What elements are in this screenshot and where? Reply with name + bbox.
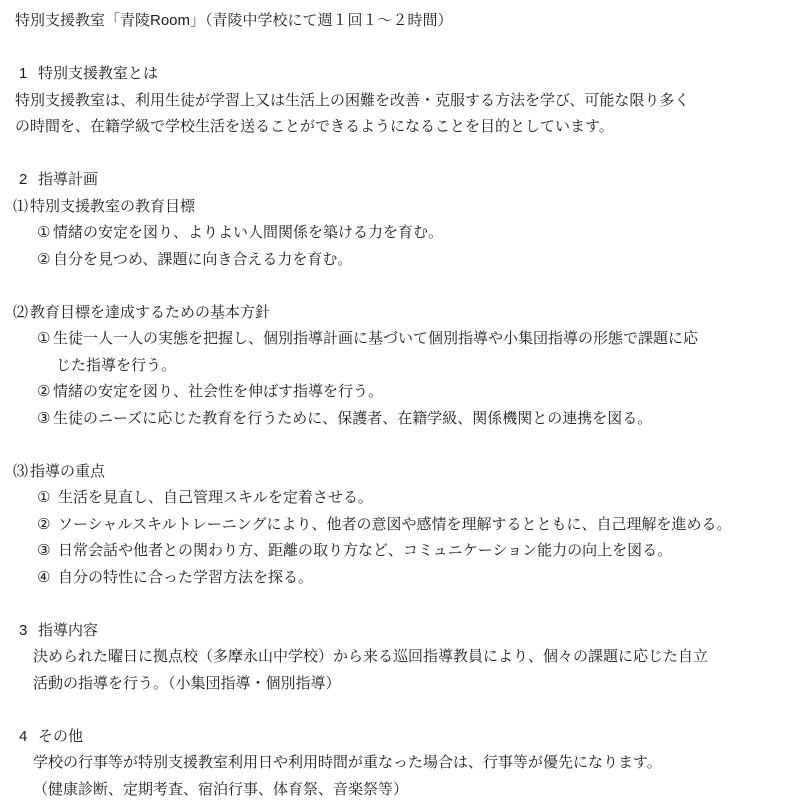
subsection-1-title: 特別支援教室の教育目標 [30, 198, 195, 215]
section-4-paragraph-line-1: 学校の行事等が特別支援教室利用日や利用時間が重なった場合は、行事等が優先になりま… [0, 750, 789, 777]
item-number: ② [37, 247, 53, 274]
subsection-1-heading: ⑴特別支援教室の教育目標 [0, 194, 789, 221]
item-number: ② [37, 512, 58, 539]
list-item: ②自分を見つめ、課題に向き合える力を育む。 [0, 247, 789, 274]
section-3-paragraph-line-2: 活動の指導を行う。（小集団指導・個別指導） [0, 671, 789, 698]
doc-title: 特別支援教室「青陵Room」（青陵中学校にて週１回１～２時間） [0, 8, 789, 35]
section-1-title: 特別支援教室とは [38, 65, 158, 82]
item-text: 情緒の安定を図り、よりよい人間関係を築ける力を育む。 [53, 224, 443, 241]
section-3-paragraph-line-1: 決められた曜日に拠点校（多摩永山中学校）から来る巡回指導教員により、個々の課題に… [0, 644, 789, 671]
item-text: ソーシャルスキルトレーニングにより、他者の意図や感情を理解するとともに、自己理解… [58, 516, 732, 533]
item-number: ① [37, 220, 53, 247]
subsection-2-number: ⑵ [13, 300, 30, 327]
section-1-paragraph-line-2: の時間を、在籍学級で学校生活を送ることができるようになることを目的としています。 [0, 114, 789, 141]
list-item: ③日常会話や他者との関わり方、距離の取り方など、コミュニケーション能力の向上を図… [0, 538, 789, 565]
item-text: 自分を見つめ、課題に向き合える力を育む。 [53, 251, 352, 268]
list-item: ①生活を見直し、自己管理スキルを定着させる。 [0, 485, 789, 512]
section-3-number: 3 [19, 618, 38, 645]
section-4-title: その他 [38, 728, 83, 745]
list-item: ②ソーシャルスキルトレーニングにより、他者の意図や感情を理解するとともに、自己理… [0, 512, 789, 539]
list-item: ②情緒の安定を図り、社会性を伸ばす指導を行う。 [0, 379, 789, 406]
section-1-heading: 1特別支援教室とは [0, 61, 789, 88]
item-number: ④ [37, 565, 58, 592]
section-2-heading: 2指導計画 [0, 167, 789, 194]
section-3-title: 指導内容 [38, 622, 98, 639]
list-item: ①情緒の安定を図り、よりよい人間関係を築ける力を育む。 [0, 220, 789, 247]
section-2-number: 2 [19, 167, 38, 194]
item-text: 自分の特性に合った学習方法を探る。 [58, 569, 313, 586]
item-number: ③ [37, 538, 58, 565]
section-4-heading: 4その他 [0, 724, 789, 751]
subsection-3-title: 指導の重点 [30, 463, 105, 480]
spacer [0, 35, 789, 62]
spacer [0, 591, 789, 618]
item-text-continuation: じた指導を行う。 [0, 353, 789, 380]
item-number: ③ [37, 406, 53, 433]
item-number: ① [37, 326, 53, 353]
subsection-1-number: ⑴ [13, 194, 30, 221]
subsection-2-heading: ⑵教育目標を達成するための基本方針 [0, 300, 789, 327]
spacer [0, 697, 789, 724]
list-item: ①生徒一人一人の実態を把握し、個別指導計画に基づいて個別指導や小集団指導の形態で… [0, 326, 789, 353]
document-page: 特別支援教室「青陵Room」（青陵中学校にて週１回１～２時間） 1特別支援教室と… [0, 0, 789, 800]
section-1-number: 1 [19, 61, 38, 88]
section-2-title: 指導計画 [38, 171, 98, 188]
spacer [0, 273, 789, 300]
item-text: 生徒のニーズに応じた教育を行うために、保護者、在籍学級、関係機関との連携を図る。 [53, 410, 652, 427]
section-1-paragraph-line-1: 特別支援教室は、利用生徒が学習上又は生活上の困難を改善・克服する方法を学び、可能… [0, 88, 789, 115]
section-3-heading: 3指導内容 [0, 618, 789, 645]
item-text: 生徒一人一人の実態を把握し、個別指導計画に基づいて個別指導や小集団指導の形態で課… [53, 330, 698, 347]
subsection-3-heading: ⑶指導の重点 [0, 459, 789, 486]
list-item: ④自分の特性に合った学習方法を探る。 [0, 565, 789, 592]
spacer [0, 141, 789, 168]
item-number: ① [37, 485, 58, 512]
item-number: ② [37, 379, 53, 406]
list-item: ③生徒のニーズに応じた教育を行うために、保護者、在籍学級、関係機関との連携を図る… [0, 406, 789, 433]
item-text: 生活を見直し、自己管理スキルを定着させる。 [58, 489, 373, 506]
section-4-number: 4 [19, 724, 38, 751]
spacer [0, 432, 789, 459]
item-text: 情緒の安定を図り、社会性を伸ばす指導を行う。 [53, 383, 383, 400]
subsection-2-title: 教育目標を達成するための基本方針 [30, 304, 270, 321]
subsection-3-number: ⑶ [13, 459, 30, 486]
section-4-paragraph-line-2: （健康診断、定期考査、宿泊行事、体育祭、音楽祭等） [0, 777, 789, 800]
item-text: 日常会話や他者との関わり方、距離の取り方など、コミュニケーション能力の向上を図る… [58, 542, 672, 559]
